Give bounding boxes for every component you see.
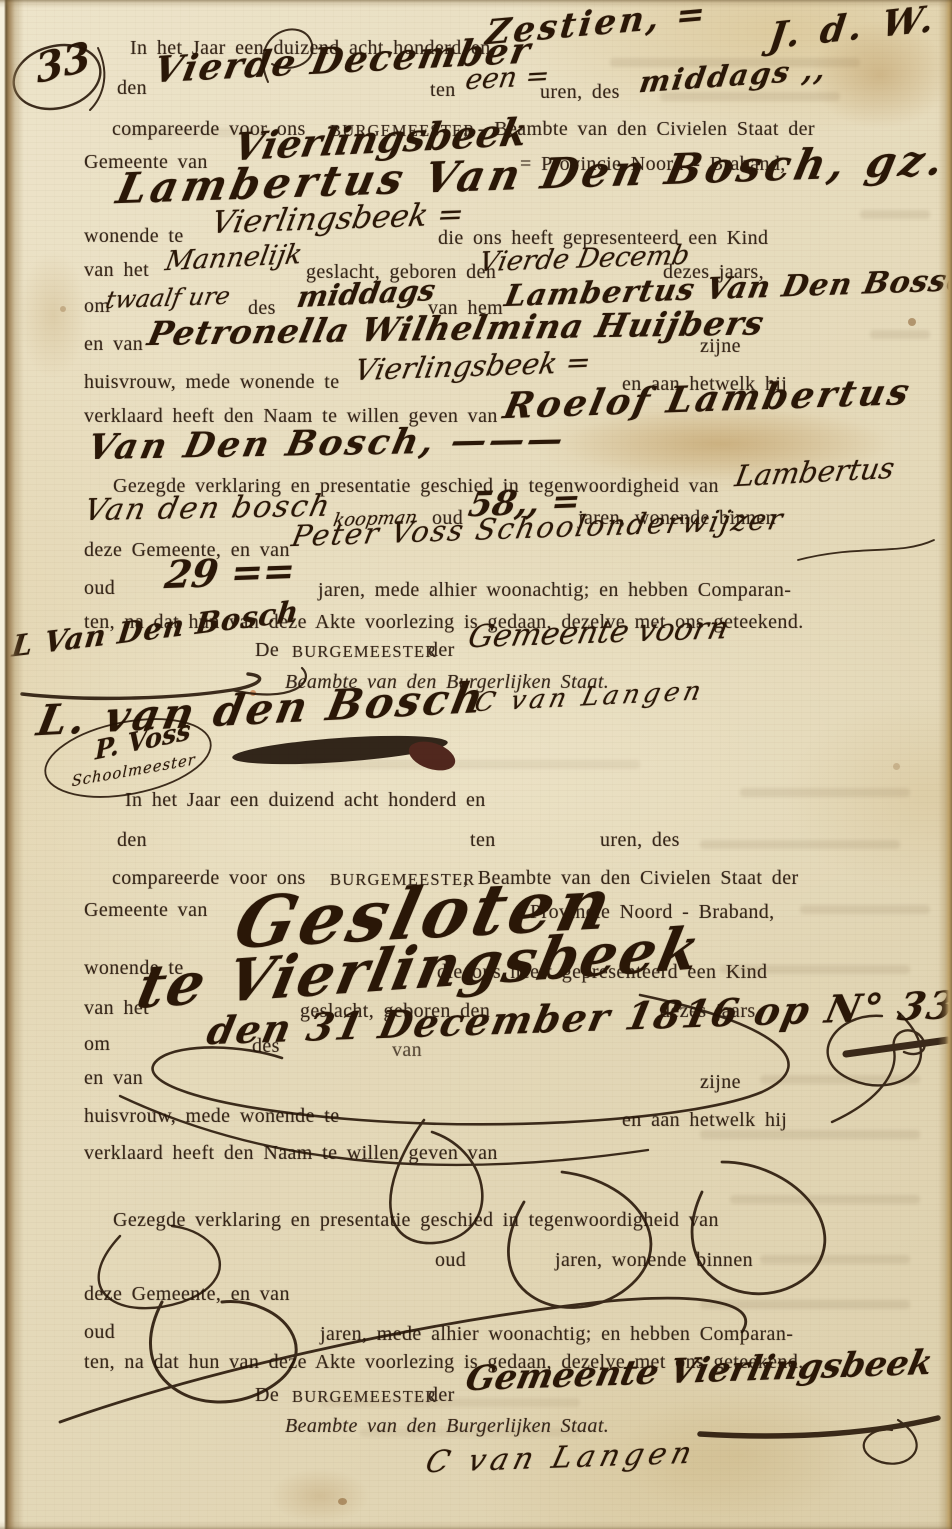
printed-text: BURGEMEESTER (292, 643, 438, 660)
printed-text: Gemeente van (84, 900, 208, 921)
handwritten-entry: Petronella Wilhelmina Huijbers (145, 306, 768, 350)
printed-text: der (428, 1385, 455, 1406)
printed-text: huisvrouw, mede wonende te (84, 1106, 340, 1127)
printed-text: ten (430, 80, 456, 101)
printed-text: uren, des (540, 82, 620, 103)
printed-text: om (84, 1034, 110, 1055)
handwritten-entry: Gemeente voorn (465, 613, 731, 653)
printed-text: huisvrouw, mede wonende te (84, 372, 340, 393)
printed-text: Gezegde verklaring en presentatie geschi… (113, 1210, 719, 1231)
handwritten-entry: Vierde Decemb (477, 242, 692, 277)
printed-text: jaren, mede alhier woonachtig; en hebben… (320, 1324, 793, 1345)
handwritten-entry: Van Den Bosch, ——— (85, 422, 570, 465)
page-edge (0, 1521, 952, 1529)
printed-text: De (255, 640, 279, 661)
printed-text: ten (470, 830, 496, 851)
printed-text: oud (84, 1322, 115, 1343)
handwritten-entry: middags (295, 276, 438, 313)
printed-text: oud (435, 1250, 466, 1271)
printed-text: BURGEMEESTER (292, 1388, 438, 1405)
printed-text: In het Jaar een duizend acht honderd en (125, 790, 486, 811)
printed-text: deze Gemeente, en van (84, 1284, 290, 1305)
handwritten-entry: Mannelijk (163, 241, 304, 275)
handwritten-entry: Vierlingsbeek = (352, 348, 593, 385)
printed-text: en aan hetwelk hij (622, 1110, 787, 1131)
printed-text: zijne (700, 336, 741, 357)
printed-text: jaren, mede alhier woonachtig; en hebben… (318, 580, 791, 601)
printed-text: der (428, 640, 455, 661)
printed-text: en van (84, 334, 143, 355)
printed-text: De (255, 1385, 279, 1406)
page-binding-edge (0, 0, 24, 1529)
handwritten-entry: een = (464, 62, 552, 95)
printed-text: en van (84, 1068, 143, 1089)
document-scan: { "act": { "number": "33", "marginal_ini… (0, 0, 952, 1529)
handwritten-entry: Vierlingsbeek = (209, 199, 467, 239)
printed-text: verklaard heeft den Naam te willen geven… (84, 1143, 498, 1164)
printed-text: oud (84, 578, 115, 599)
page-edge (0, 0, 952, 8)
printed-text: wonende te (84, 226, 184, 247)
handwritten-entry: 29 == (163, 551, 298, 594)
handwritten-entry: twaalf ure (104, 284, 232, 312)
printed-text: Beambte van den Burgerlijken Staat. (285, 1416, 609, 1437)
printed-text: den (117, 830, 147, 851)
printed-text: zijne (700, 1072, 741, 1093)
printed-text: van het (84, 260, 149, 281)
page-edge (938, 0, 952, 1529)
printed-text: den (117, 78, 147, 99)
printed-text: jaren, wonende binnen (555, 1250, 753, 1271)
printed-text: uren, des (600, 830, 680, 851)
handwritten-entry: Lambertus (733, 454, 897, 492)
